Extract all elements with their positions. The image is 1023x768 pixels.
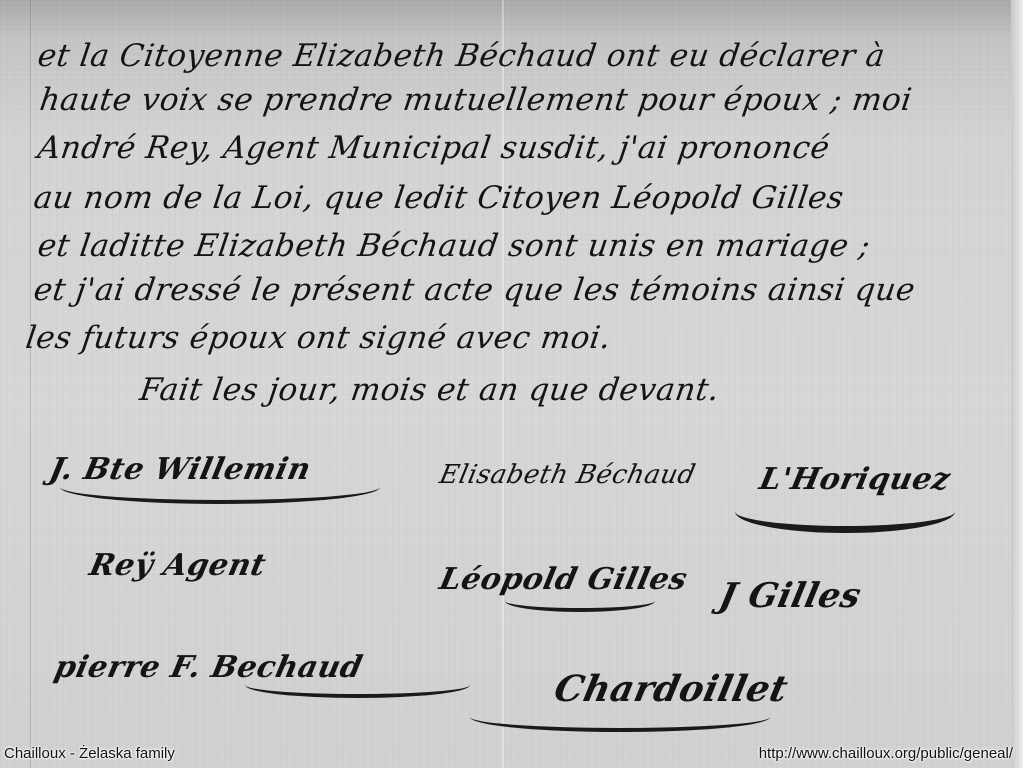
text-line-3: André Rey, Agent Municipal susdit, j'ai … [35, 130, 832, 166]
text-line-1: et la Citoyenne Elizabeth Béchaud ont eu… [35, 38, 887, 74]
text-line-5: et laditte Elizabeth Béchaud sont unis e… [35, 228, 872, 264]
text-line-8: Fait les jour, mois et an que devant. [137, 372, 721, 408]
paper-edge [1011, 0, 1023, 768]
scanned-document: et la Citoyenne Elizabeth Béchaud ont eu… [0, 0, 1023, 768]
signature-gilles: J Gilles [716, 576, 865, 616]
text-line-4: au nom de la Loi, que ledit Citoyen Léop… [31, 180, 846, 216]
signature-elisabeth-bechaud: Elisabeth Béchaud [437, 460, 699, 490]
text-line-2: haute voix se prendre mutuellement pour … [37, 82, 914, 118]
text-line-6: et j'ai dressé le présent acte que les t… [31, 272, 917, 308]
signature-flourish [505, 590, 655, 612]
signature-rey-agent: Reÿ Agent [86, 548, 269, 583]
margin-line [30, 0, 31, 768]
caption-url: http://www.chailloux.org/public/geneal/ [759, 745, 1013, 762]
caption-family: Chailloux - Żelaska family [4, 745, 175, 762]
signature-flourish [735, 490, 955, 533]
signature-flourish [60, 470, 380, 504]
signature-flourish [470, 702, 770, 732]
text-line-7: les futurs époux ont signé avec moi. [23, 320, 613, 356]
signature-flourish [245, 672, 470, 698]
